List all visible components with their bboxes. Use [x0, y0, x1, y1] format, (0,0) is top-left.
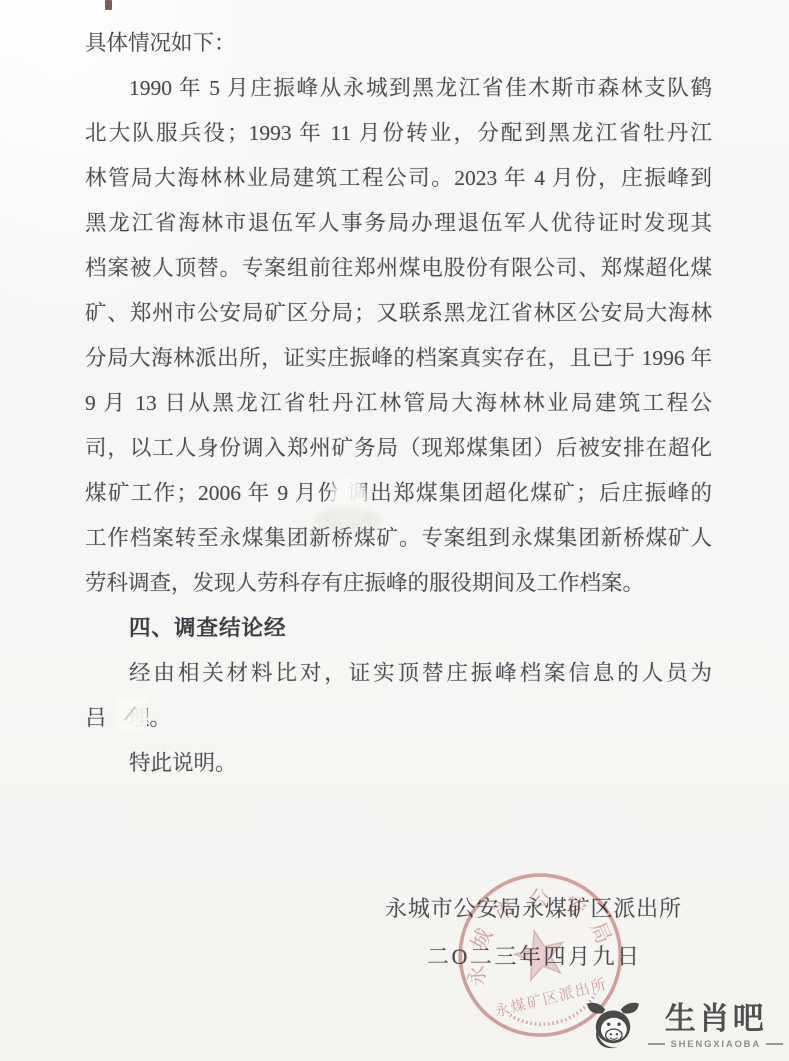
ox-mascot-icon	[585, 1001, 641, 1051]
body-line: 9 月 13 日从黑龙江省牡丹江林管局大海林林业局建筑工程公	[85, 381, 712, 426]
watermark-logo: 生肖吧 SHENGXIAOBA	[585, 1001, 783, 1051]
redaction-mark	[117, 698, 147, 730]
body-line-redacted-name: 吕 理。	[85, 696, 712, 741]
body-line: 分局大海林派出所，证实庄振峰的档案真实存在，且已于 1996 年	[85, 336, 712, 381]
watermark-brand: 生肖吧	[665, 1003, 767, 1034]
scan-smudge-shadow	[316, 507, 380, 533]
body-line: 劳科调查，发现人劳科存有庄振峰的服役期间及工作档案。	[85, 561, 712, 606]
red-ink-tick	[105, 0, 112, 10]
watermark-romanized: SHENGXIAOBA	[670, 1039, 761, 1050]
body-line: 司，以工人身份调入郑州矿务局（现郑煤集团）后被安排在超化	[85, 426, 712, 471]
body-line: 北大队服兵役；1993 年 11 月份转业，分配到黑龙江省牡丹江	[85, 111, 712, 156]
body-line: 煤矿工作；2006 年 9 月份 调出郑煤集团超化煤矿；后庄振峰的	[85, 471, 712, 516]
body-line: 工作档案转至永煤集团新桥煤矿。专案组到永煤集团新桥煤矿人	[85, 516, 712, 561]
body-line: 林管局大海林林业局建筑工程公司。2023 年 4 月份，庄振峰到	[85, 156, 712, 201]
dash-rule-right	[766, 1043, 783, 1045]
body-line: 黑龙江省海林市退伍军人事务局办理退伍军人优待证时发现其	[85, 201, 712, 246]
body-line: 具体情况如下：	[85, 21, 712, 66]
watermark-romanized-row: SHENGXIAOBA	[648, 1039, 783, 1050]
body-line: 经由相关材料比对，证实顶替庄振峰档案信息的人员为	[85, 651, 712, 696]
section-heading: 四、调查结论经	[85, 606, 712, 651]
body-line: 特此说明。	[85, 741, 712, 786]
body-line: 档案被人顶替。专案组前往郑州煤电股份有限公司、郑煤超化煤	[85, 246, 712, 291]
dash-rule-left	[648, 1043, 665, 1045]
scanned-document-page: 具体情况如下： 1990 年 5 月庄振峰从永城到黑龙江省佳木斯市森林支队鹤 北…	[0, 0, 789, 1061]
document-body: 具体情况如下： 1990 年 5 月庄振峰从永城到黑龙江省佳木斯市森林支队鹤 北…	[85, 21, 712, 786]
seal-star	[510, 925, 569, 983]
body-line: 1990 年 5 月庄振峰从永城到黑龙江省佳木斯市森林支队鹤	[85, 66, 712, 111]
body-line: 矿、郑州市公安局矿区分局；又联系黑龙江省林区公安局大海林	[85, 291, 712, 336]
watermark-text: 生肖吧 SHENGXIAOBA	[648, 1003, 783, 1050]
